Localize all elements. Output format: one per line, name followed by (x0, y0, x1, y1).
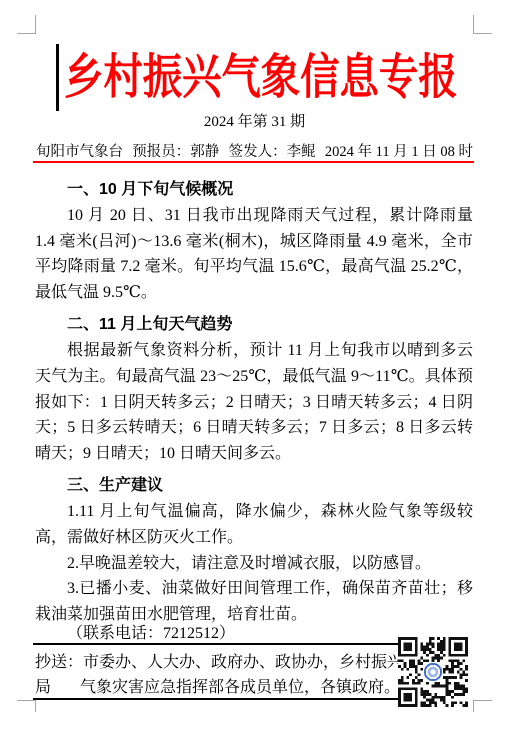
header-red-rule (33, 161, 474, 163)
section-3-item-1: 1.11 月上旬气温偏高，降水偏少，森林火险气象等级较高，需做好林区防灭火工作。 (35, 499, 473, 550)
section-2-paragraph: 根据最新气象资料分析，预计 11 月上旬我市以晴到多云天气为主。旬最高气温 23… (35, 338, 473, 466)
crop-mark-bottom-left-icon (17, 700, 36, 712)
document-page: 乡村振兴气象信息专报 2024 年第 31 期 旬阳市气象台 预报员：郭静 签发… (0, 0, 509, 743)
section-3-heading: 三、生产建议 (35, 473, 473, 499)
issue-datetime: 2024 年 11 月 1 日 08 时 (325, 143, 473, 162)
issuer-name: 签发人：李鲲 (229, 143, 316, 162)
title-left-bar (56, 44, 59, 111)
meta-row: 旬阳市气象台 预报员：郭静 签发人：李鲲 2024 年 11 月 1 日 08 … (36, 143, 473, 162)
section-3-item-2: 2.早晚温差较大，请注意及时增减衣服，以防感冒。 (35, 551, 473, 577)
qr-code-image (398, 637, 468, 707)
crop-mark-top-right-icon (473, 15, 492, 34)
section-2-heading: 二、11 月上旬天气趋势 (35, 312, 473, 338)
issue-number: 2024 年第 31 期 (0, 111, 509, 133)
qr-code (398, 637, 468, 707)
masthead: 乡村振兴气象信息专报 (56, 44, 509, 111)
crop-mark-top-left-icon (17, 15, 36, 34)
document-title: 乡村振兴气象信息专报 (64, 44, 458, 111)
footer-rule-top (33, 643, 398, 645)
agency-name: 旬阳市气象台 (36, 143, 123, 162)
footer-rule-bottom (33, 698, 398, 700)
section-1-paragraph: 10 月 20 日、31 日我市出现降雨天气过程，累计降雨量 1.4 毫米(吕河… (35, 203, 473, 305)
section-1-heading: 一、10 月下旬气候概况 (35, 177, 473, 203)
crop-mark-bottom-right-icon (473, 700, 492, 712)
forecaster-name: 预报员：郭静 (132, 143, 219, 162)
copy-to-line-2: 气象灾害应急指挥部各成员单位，各镇政府。 (80, 675, 410, 700)
document-body: 一、10 月下旬气候概况 10 月 20 日、31 日我市出现降雨天气过程，累计… (35, 177, 473, 627)
